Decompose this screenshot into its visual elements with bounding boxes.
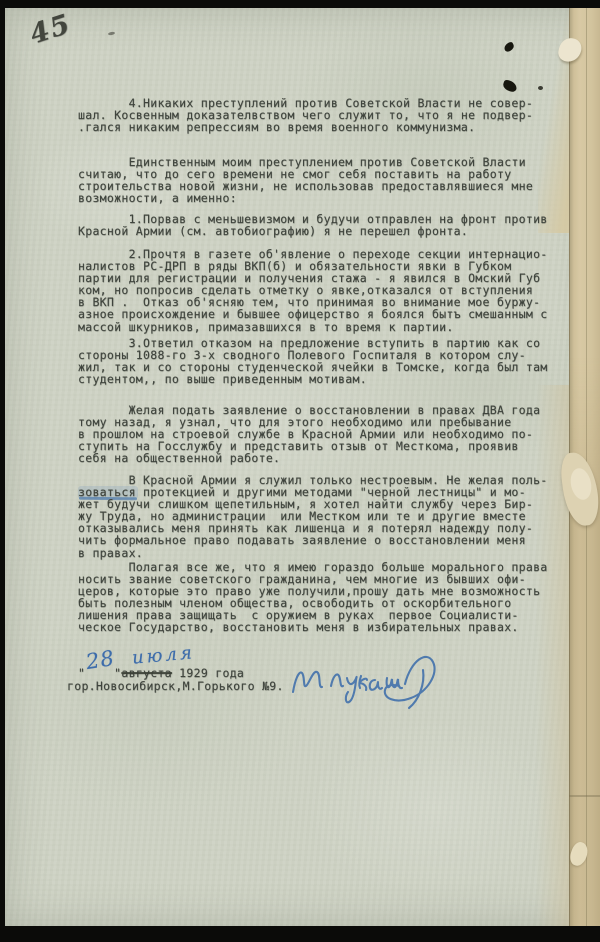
paragraph-point-3: 3.Ответил отказом на предложение вступит… xyxy=(78,337,548,385)
signature-autograph xyxy=(287,640,443,720)
paragraph-item-4: 4.Никаких преступлений против Советской … xyxy=(78,97,533,133)
handwritten-day: 28 xyxy=(84,646,116,674)
paragraph-confession-intro: Единственным моим преступлением против С… xyxy=(78,156,533,204)
paragraph-point-2: 2.Прочтя в газете об'явление о переходе … xyxy=(78,248,548,333)
typed-year: 1929 года xyxy=(172,666,244,680)
scan-stage: 45 4.Никаких преступлений против Советск… xyxy=(0,0,600,942)
horizontal-crease xyxy=(569,795,600,797)
address-line: гор.Новосибирск,М.Горького №9. xyxy=(67,679,284,693)
paragraph-point-1: 1.Порвав с меньшевизмом и будучи отправл… xyxy=(78,213,548,237)
ink-speck xyxy=(538,86,543,90)
paragraph-red-army-service: В Красной Армии я служил только нестроев… xyxy=(78,474,548,559)
paragraph-restoration-request: Желая подать заявление о восстановлении … xyxy=(78,404,540,464)
paragraph-final-plea: Полагая все же, что я имею гораздо больш… xyxy=(78,561,548,634)
document-paper xyxy=(5,8,600,926)
struck-month: августа xyxy=(121,666,172,680)
